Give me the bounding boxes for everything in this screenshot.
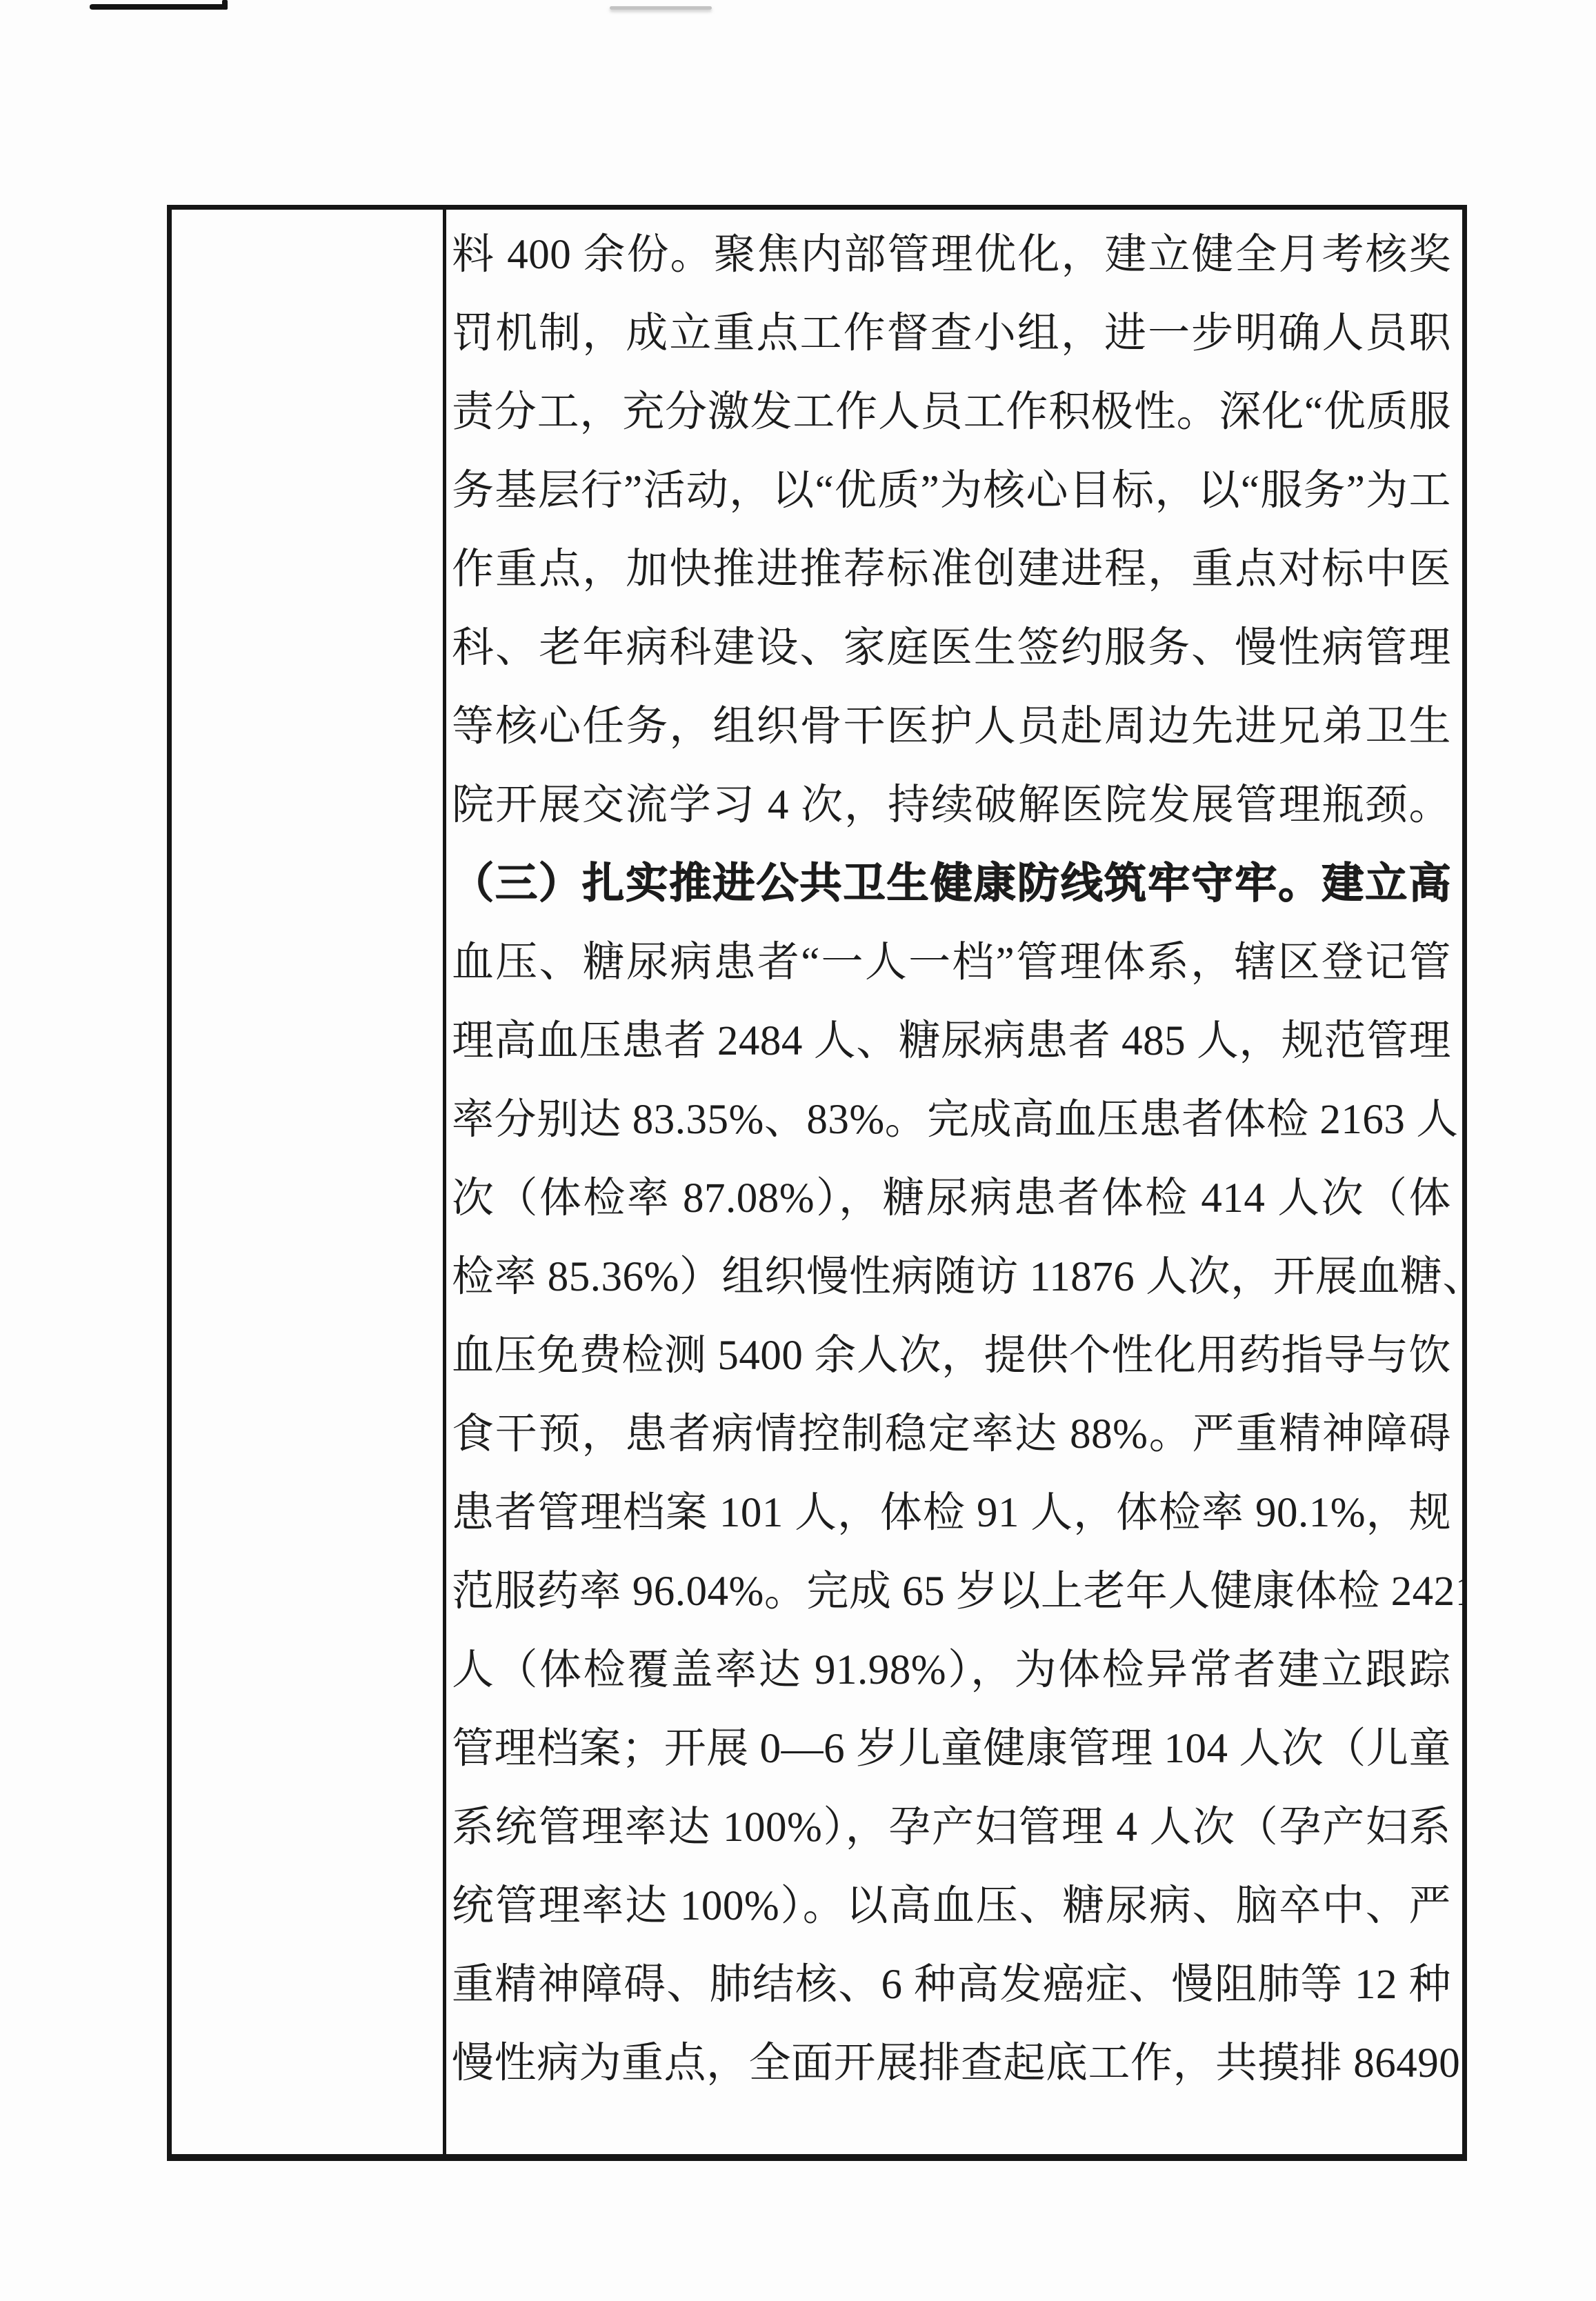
text-line-7: 等核心任务，组织骨干医护人员赴周边先进兄弟卫生	[452, 688, 1451, 766]
text-line-23: 重精神障碍、肺结核、6 种高发癌症、慢阻肺等 12 种	[452, 1946, 1451, 2024]
text-line-16: 食干预，患者病情控制稳定率达 88%。严重精神障碍	[452, 1395, 1451, 1474]
text-line-5: 作重点，加快推进推荐标准创建进程，重点对标中医	[452, 530, 1451, 609]
text-line-6: 科、老年病科建设、家庭医生签约服务、慢性病管理	[452, 609, 1451, 688]
table-body-cell: 料 400 余份。聚焦内部管理优化，建立健全月考核奖罚机制，成立重点工作督查小组…	[446, 210, 1462, 2154]
text-line-1: 料 400 余份。聚焦内部管理优化，建立健全月考核奖	[452, 216, 1451, 295]
text-line-22: 统管理率达 100%）。以高血压、糖尿病、脑卒中、严	[452, 1867, 1451, 1946]
table-left-cell-empty	[172, 210, 446, 2154]
text-line-17: 患者管理档案 101 人，体检 91 人，体检率 90.1%，规	[452, 1474, 1451, 1553]
scan-artifact-top-tick	[222, 0, 228, 10]
report-table: 料 400 余份。聚焦内部管理优化，建立健全月考核奖罚机制，成立重点工作督查小组…	[167, 205, 1467, 2161]
text-line-12: 率分别达 83.35%、83%。完成高血压患者体检 2163 人	[452, 1081, 1451, 1159]
text-column: 料 400 余份。聚焦内部管理优化，建立健全月考核奖罚机制，成立重点工作督查小组…	[452, 216, 1451, 2103]
scan-artifact-top-line	[90, 4, 225, 10]
scan-artifact-faint-line	[610, 6, 712, 10]
text-line-24: 慢性病为重点，全面开展排查起底工作，共摸排 86490	[452, 2024, 1451, 2103]
text-line-4: 务基层行”活动，以“优质”为核心目标，以“服务”为工	[452, 452, 1451, 530]
text-line-10: 血压、糖尿病患者“一人一档”管理体系，辖区登记管	[452, 924, 1451, 1002]
text-line-11: 理高血压患者 2484 人、糖尿病患者 485 人，规范管理	[452, 1002, 1451, 1081]
text-line-13: 次（体检率 87.08%），糖尿病患者体检 414 人次（体	[452, 1159, 1451, 1238]
text-line-3: 责分工，充分激发工作人员工作积极性。深化“优质服	[452, 373, 1451, 452]
text-line-2: 罚机制，成立重点工作督查小组，进一步明确人员职	[452, 295, 1451, 373]
text-line-21: 系统管理率达 100%），孕产妇管理 4 人次（孕产妇系	[452, 1789, 1451, 1867]
scanned-document-page: 料 400 余份。聚焦内部管理优化，建立健全月考核奖罚机制，成立重点工作督查小组…	[0, 0, 1596, 2301]
text-line-20: 管理档案；开展 0—6 岁儿童健康管理 104 人次（儿童	[452, 1710, 1451, 1789]
text-line-19: 人（体检覆盖率达 91.98%），为体检异常者建立跟踪	[452, 1631, 1451, 1710]
text-line-15: 血压免费检测 5400 余人次，提供个性化用药指导与饮	[452, 1317, 1451, 1395]
text-line-18: 范服药率 96.04%。完成 65 岁以上老年人健康体检 2421	[452, 1553, 1451, 1631]
text-line-14: 检率 85.36%）组织慢性病随访 11876 人次，开展血糖、	[452, 1238, 1451, 1317]
text-line-8: 院开展交流学习 4 次，持续破解医院发展管理瓶颈。	[452, 766, 1451, 845]
text-line-9: （三）扎实推进公共卫生健康防线筑牢守牢。建立高	[452, 845, 1451, 924]
